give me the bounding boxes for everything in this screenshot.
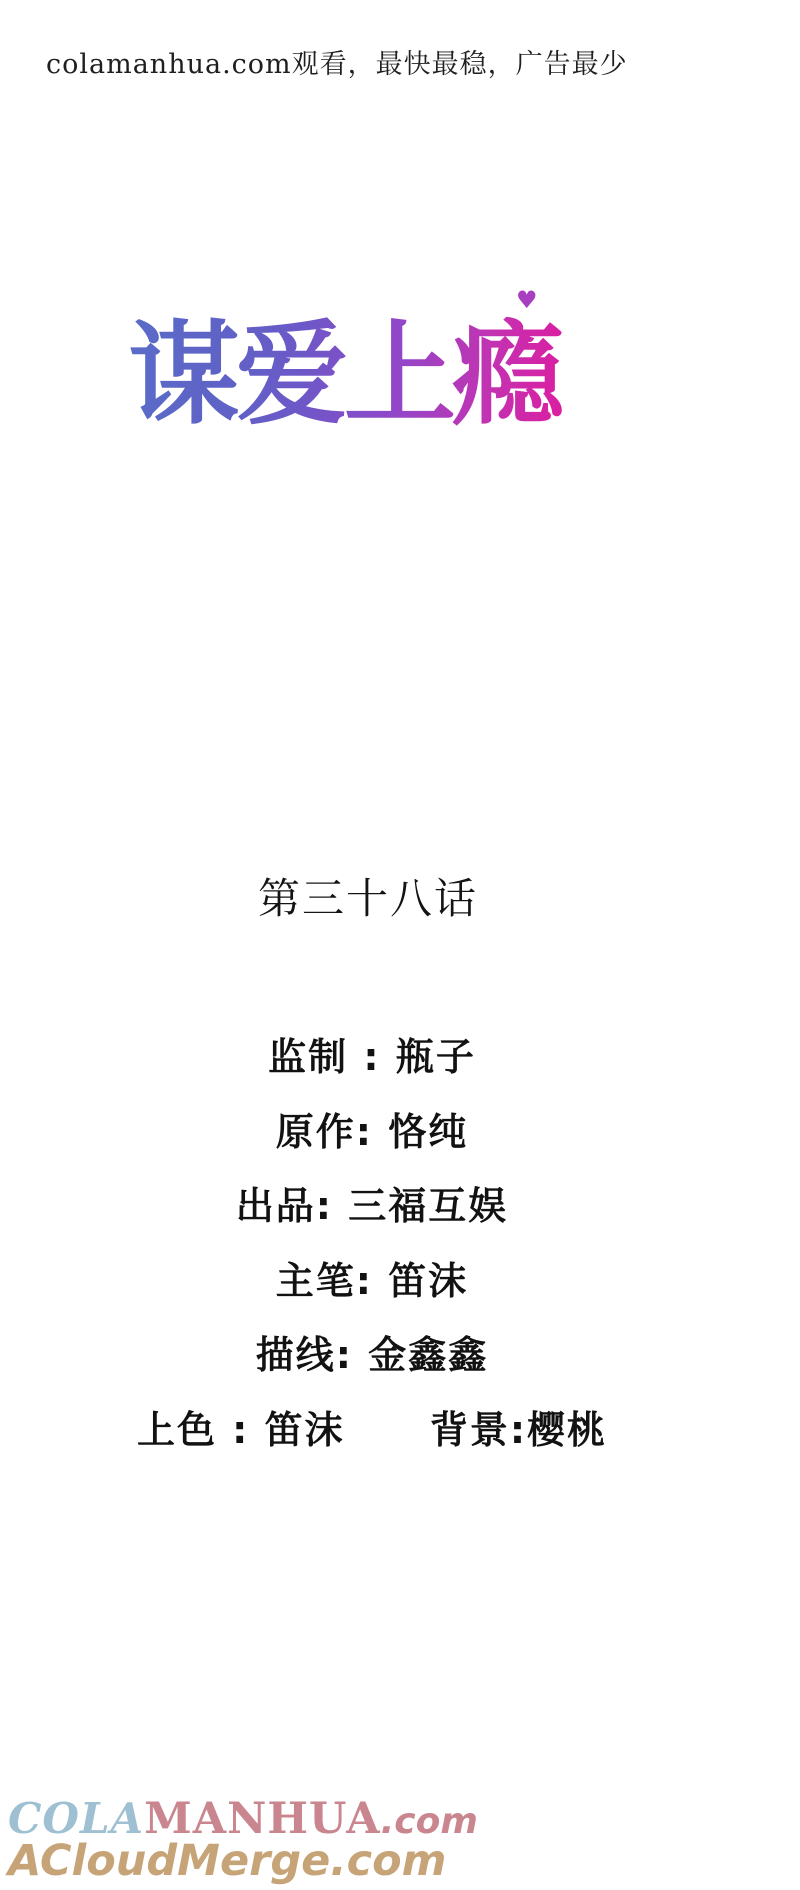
site-ad-text: colamanhua.com观看，最快最稳，广告最少 [46, 42, 628, 81]
credit-color-label: 上色 : 笛沫 [137, 1408, 345, 1452]
credit-line-producer: 出品: 三福互娱 [0, 1169, 772, 1244]
credit-line-lead-artist: 主笔: 笛沫 [0, 1244, 772, 1319]
watermark-acloudmerge: ACloudMerge.com [8, 1840, 478, 1883]
chapter-title: 第三十八话 [0, 866, 768, 926]
credit-line-line-art: 描线: 金鑫鑫 [0, 1318, 772, 1393]
series-logo-title: 谋爱上瘾 [128, 300, 588, 451]
series-logo: ♥ 谋爱上瘾 [128, 300, 588, 500]
comic-title-page: colamanhua.com观看，最快最稳，广告最少 ♥ 谋爱上瘾 第三十八话 … [0, 0, 800, 1890]
credit-background-label: 背景:樱桃 [430, 1408, 607, 1452]
heart-icon: ♥ [516, 286, 538, 314]
watermark-block: COLAMANHUA.com ACloudMerge.com [8, 1798, 478, 1883]
credit-line-supervisor: 监制 : 瓶子 [0, 1020, 772, 1095]
watermark-colamanhua: COLAMANHUA.com [8, 1798, 478, 1840]
credit-line-color-background: 上色 : 笛沫 背景:樱桃 [0, 1393, 772, 1468]
credit-line-original-author: 原作: 恪纯 [0, 1095, 772, 1170]
credits-block: 监制 : 瓶子 原作: 恪纯 出品: 三福互娱 主笔: 笛沫 描线: 金鑫鑫 上… [0, 1020, 772, 1467]
